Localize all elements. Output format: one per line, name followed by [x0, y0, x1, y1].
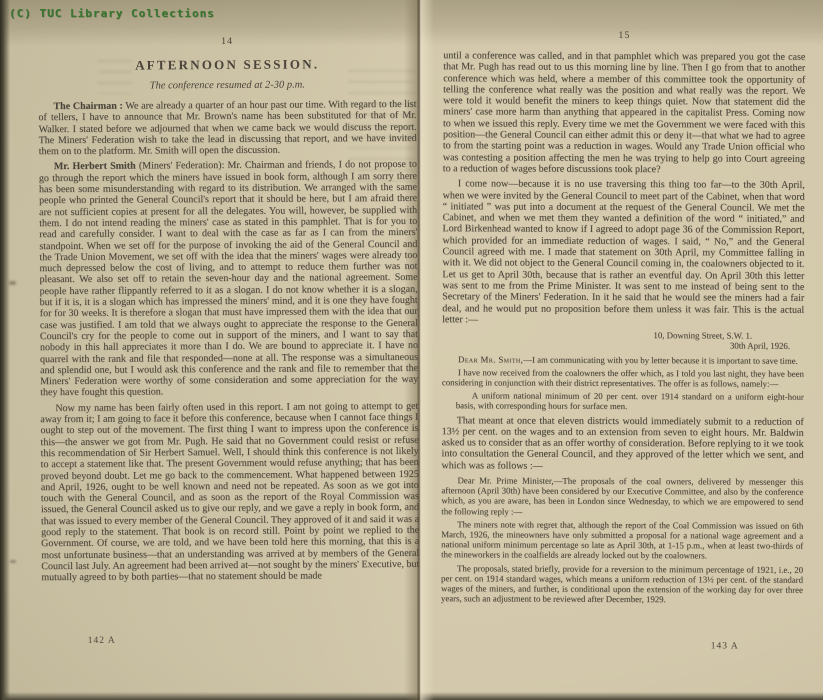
letter-salutation-paragraph: Dear Mr. Smith,—I am communicating with … [442, 354, 804, 366]
session-title: AFTERNOON SESSION. [38, 56, 416, 74]
page-number: 15 [443, 29, 805, 42]
page-footer-signature: 143 A [711, 641, 739, 651]
page-number: 14 [38, 35, 416, 48]
letter-text: A uniform national minimum of 20 per cen… [456, 390, 804, 411]
letter-text: The miners note with regret that, althou… [441, 519, 803, 561]
page-15-body: until a conference was called, and in th… [441, 50, 805, 605]
page-15: 15 until a conference was called, and in… [441, 29, 806, 681]
letter-paragraph: Dear Mr. Prime Minister,—The proposals o… [441, 475, 803, 517]
paragraph: Now my name has been fairly often used i… [40, 401, 419, 584]
page-14-body: The Chairman : We are already a quarter … [38, 99, 419, 584]
scanned-book-photo: (C) TUC Library Collections 14 AFTERNOON… [0, 0, 823, 700]
page-smudge [9, 281, 16, 285]
letter-paragraph: The proposals, stated briefly, provide f… [441, 563, 803, 605]
paragraph-text: until a conference was called, and in th… [443, 50, 806, 175]
letter-paragraph: The miners note with regret that, althou… [441, 519, 803, 561]
paragraph-continuation: until a conference was called, and in th… [443, 50, 806, 176]
paragraph-text: Now my name has been fairly often used i… [40, 401, 419, 584]
letter-text: —I am communicating with you by letter b… [523, 354, 798, 365]
letter-offer-quote: A uniform national minimum of 20 per cen… [456, 390, 804, 412]
letter-salutation: Dear Mr. Smith, [458, 354, 523, 364]
paragraph-text: (Miners' Federation): Mr. Chairman and f… [39, 159, 418, 398]
speaker-name: Mr. Herbert Smith [54, 161, 136, 172]
pm-letter: 10, Downing Street, S.W. 1. 30th April, … [442, 329, 804, 412]
page-footer-signature: 142 A [88, 636, 116, 646]
paragraph: That meant at once that eleven districts… [441, 415, 803, 473]
letter-text: The proposals, stated briefly, provide f… [441, 563, 803, 605]
letter-paragraph: I have now received from the coalowners … [442, 367, 804, 389]
speaker-name: The Chairman : [53, 101, 122, 112]
paragraph-herbert-smith: Mr. Herbert Smith (Miners' Federation): … [39, 159, 418, 399]
paragraph-chairman: The Chairman : We are already a quarter … [38, 99, 416, 158]
paragraph-text: That meant at once that eleven districts… [441, 415, 803, 472]
page-smudge [10, 560, 16, 563]
library-watermark: (C) TUC Library Collections [9, 7, 215, 20]
letter-date: 30th April, 1926. [442, 340, 804, 352]
letter-text: Dear Mr. Prime Minister,—The proposals o… [441, 475, 803, 516]
paragraph-text: I come now—because it is no use traversi… [442, 179, 805, 326]
session-subtitle: The conference resumed at 2-30 p.m. [38, 79, 416, 92]
page-14: 14 AFTERNOON SESSION. The conference res… [38, 35, 420, 677]
letter-text: I have now received from the coalowners … [442, 367, 804, 389]
paragraph: I come now—because it is no use traversi… [442, 178, 805, 326]
reply-letter: Dear Mr. Prime Minister,—The proposals o… [441, 475, 804, 605]
